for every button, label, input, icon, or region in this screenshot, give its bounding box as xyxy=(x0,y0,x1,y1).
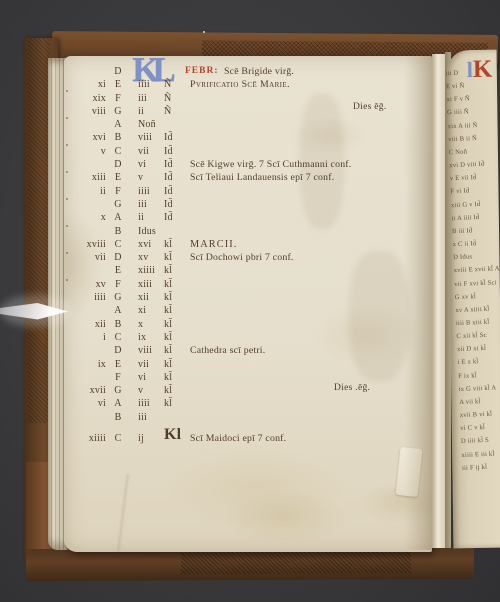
calends-marker: Id̄ xyxy=(164,212,190,223)
calends-marker: kl̄ xyxy=(164,252,190,263)
calendar-row: E xiiii kl̄ xyxy=(70,265,426,278)
leaf-fore-edge xyxy=(432,54,445,548)
calendar-row: xiiii C ij Kl Scī Maidoci epī 7 conf. xyxy=(70,428,426,441)
dominical-letter: C xyxy=(110,433,126,444)
day-count: xv xyxy=(138,252,164,263)
dominical-letter: F xyxy=(110,372,126,383)
calendar-row: ix E vii kl̄ xyxy=(70,359,426,372)
calends-marker: Id̄ xyxy=(164,199,190,210)
gutter-shadow xyxy=(404,56,432,550)
calends-marker: kl̄ xyxy=(164,359,190,370)
day-count: vi xyxy=(138,159,164,170)
day-count: ii xyxy=(138,212,164,223)
calendar-row: D vi Id̄ Scē Kigwe virḡ. 7 Scī Cuthmanni… xyxy=(70,159,426,172)
calendar-row: vi A iiii kl̄ xyxy=(70,398,426,411)
dominical-letter: G xyxy=(110,292,126,303)
calendar-row: ii F iiii Id̄ xyxy=(70,186,426,199)
feast-entry: Scī Maidoci epī 7 conf. xyxy=(190,433,426,444)
calends-marker: kl̄ xyxy=(164,265,190,276)
calends-marker: Ñ xyxy=(164,93,190,104)
calends-marker: Kl xyxy=(164,426,190,444)
dominical-letter: F xyxy=(110,186,126,197)
calendar-row: xvi B viii Id̄ xyxy=(70,132,426,145)
next-folio-kl-initial: lK xyxy=(467,56,493,84)
feast-entry: Cathedra scī petri. xyxy=(190,345,426,356)
dominical-letter: F xyxy=(110,279,126,290)
day-count: vii xyxy=(138,146,164,157)
day-count: vi xyxy=(138,372,164,383)
day-count: ii xyxy=(138,106,164,117)
calendar-row: B iii xyxy=(70,412,426,425)
golden-number: xviii xyxy=(70,239,108,250)
calendar-rows: D Scē Brigide virḡ. xi E iiii Ñ Pvrifica… xyxy=(70,66,426,441)
day-count: xvi xyxy=(138,239,164,250)
golden-number: xii xyxy=(70,319,108,330)
calendar-page-february: KL FEBR: D Scē Brigide virḡ. xi E iiii Ñ xyxy=(64,56,432,552)
golden-number: ii xyxy=(70,186,108,197)
calends-marker: kl̄ xyxy=(164,332,190,343)
calendar-row: xiii E v Id̄ Scī Teliaui Landauensis epī… xyxy=(70,172,426,185)
day-count: iii xyxy=(138,412,164,423)
parchment-crease xyxy=(117,474,128,552)
manuscript-photo: KL FEBR: D Scē Brigide virḡ. xi E iiii Ñ xyxy=(0,0,500,602)
calendar-row: D viii kl̄ Cathedra scī petri. xyxy=(70,345,426,358)
day-count: ij xyxy=(138,433,164,444)
dominical-letter: F xyxy=(110,93,126,104)
golden-number: xvii xyxy=(70,385,108,396)
calends-marker: Ñ xyxy=(164,106,190,117)
golden-number: xv xyxy=(70,279,108,290)
day-count: xi xyxy=(138,305,164,316)
feast-entry: Scī Dochowi pbri 7 conf. xyxy=(190,252,426,263)
day-count: iii xyxy=(138,199,164,210)
calends-marker: Id̄ xyxy=(164,146,190,157)
next-folio-text-line: iii F ij kl̄ xyxy=(462,459,500,475)
calends-marker: kl̄ xyxy=(164,305,190,316)
dominical-letter: A xyxy=(110,119,126,130)
calendar-row: xvii G v kl̄ xyxy=(70,385,426,398)
dominical-letter: B xyxy=(110,319,126,330)
golden-number: xvi xyxy=(70,132,108,143)
golden-number: xix xyxy=(70,93,108,104)
next-folio-text-line: xiiii E iii kl̄ xyxy=(461,446,500,462)
day-count: iiii xyxy=(138,186,164,197)
kl-initial-red-fragment: K xyxy=(473,56,493,83)
feast-entry: Pvrificatio Scē Marie. xyxy=(190,79,426,90)
dominical-letter: E xyxy=(110,79,126,90)
dominical-letter: C xyxy=(110,332,126,343)
golden-number: i xyxy=(70,332,108,343)
calendar-row: v C vii Id̄ xyxy=(70,146,426,159)
day-count: xiiii xyxy=(138,265,164,276)
dominical-letter: B xyxy=(110,412,126,423)
calends-marker: kl̄ xyxy=(164,319,190,330)
day-count: v xyxy=(138,385,164,396)
calendar-row: A xi kl̄ xyxy=(70,305,426,318)
margin-note-dies-egyptiaca: Dies .ēḡ. xyxy=(334,383,370,393)
dominical-letter: C xyxy=(110,146,126,157)
dominical-letter: G xyxy=(110,106,126,117)
golden-number: x xyxy=(70,212,108,223)
dominical-letter: G xyxy=(110,385,126,396)
dominical-letter: D xyxy=(110,66,126,77)
calendar-row: xi E iiii Ñ Pvrificatio Scē Marie. xyxy=(70,79,426,92)
calendar-row: G iii Id̄ xyxy=(70,199,426,212)
golden-number: iiii xyxy=(70,292,108,303)
dominical-letter: C xyxy=(110,239,126,250)
calendar-row: F vi kl̄ xyxy=(70,372,426,385)
day-count: iiii xyxy=(138,79,164,90)
dominical-letter: G xyxy=(110,199,126,210)
next-folio-text-line: ix G viii kl̄ A xyxy=(458,380,500,396)
dominical-letter: E xyxy=(110,172,126,183)
calends-marker: Id̄ xyxy=(164,132,190,143)
day-count: viii xyxy=(138,345,164,356)
calendar-row: i C ix kl̄ xyxy=(70,332,426,345)
day-count: Noñ xyxy=(138,119,164,130)
dominical-letter: D xyxy=(110,252,126,263)
calends-marker: Id̄ xyxy=(164,186,190,197)
margin-note-dies-egyptiaca: Dies ēḡ. xyxy=(353,102,387,112)
golden-number: xi xyxy=(70,79,108,90)
pricking-holes xyxy=(66,90,68,290)
calends-marker: Id̄ xyxy=(164,159,190,170)
day-count: Idus xyxy=(138,226,164,237)
dominical-letter: D xyxy=(110,345,126,356)
calends-marker: kl̄ xyxy=(164,292,190,303)
feast-entry: Scē Brigide virḡ. xyxy=(224,66,426,77)
day-count: xii xyxy=(138,292,164,303)
dominical-letter: D xyxy=(110,159,126,170)
calendar-row: D Scē Brigide virḡ. xyxy=(70,66,426,79)
calendar-row: iiii G xii kl̄ xyxy=(70,292,426,305)
day-count: v xyxy=(138,172,164,183)
golden-number: xiii xyxy=(70,172,108,183)
golden-number: ix xyxy=(70,359,108,370)
calendar-row: vii D xv kl̄ Scī Dochowi pbri 7 conf. xyxy=(70,252,426,265)
dominical-letter: B xyxy=(110,132,126,143)
dominical-letter: A xyxy=(110,398,126,409)
day-count: ix xyxy=(138,332,164,343)
calends-marker: kl̄ xyxy=(164,398,190,409)
golden-number: vi xyxy=(70,398,108,409)
next-folio-text-line: vii F xvi kl̄ Sci xyxy=(454,275,500,291)
golden-number: viii xyxy=(70,106,108,117)
feast-entry: Scē Kigwe virḡ. 7 Scī Cuthmanni conf. xyxy=(190,159,426,170)
calends-marker: kl̄ xyxy=(164,345,190,356)
golden-number: vii xyxy=(70,252,108,263)
calends-marker: kl̄ xyxy=(164,372,190,383)
dust-speck xyxy=(203,31,205,33)
feast-entry: Scī Teliaui Landauensis epī 7 conf. xyxy=(190,172,426,183)
next-folio-page-march: iii D E vi Ñ xi F v Ñ G iiii Ñ xix A iii… xyxy=(447,50,500,549)
dominical-letter: A xyxy=(110,305,126,316)
dominical-letter: B xyxy=(110,226,126,237)
day-count: x xyxy=(138,319,164,330)
calendar-row: xv F xiii kl̄ xyxy=(70,279,426,292)
calends-marker: Ñ xyxy=(164,79,190,90)
calends-marker: kl̄ xyxy=(164,239,190,250)
next-folio-text-line: xviii E xvii kl̄ Apl̄ xyxy=(453,262,500,278)
calends-marker: Id̄ xyxy=(164,172,190,183)
day-count: iiii xyxy=(138,398,164,409)
day-count: vii xyxy=(138,359,164,370)
calendar-row: xii B x kl̄ xyxy=(70,319,426,332)
dominical-letter: E xyxy=(110,359,126,370)
calendar-row: x A ii Id̄ xyxy=(70,212,426,225)
day-count: iii xyxy=(138,93,164,104)
golden-number: xiiii xyxy=(70,433,108,444)
next-folio-lines: iii D E vi Ñ xi F v Ñ G iiii Ñ xix A iii… xyxy=(445,65,500,537)
dominical-letter: E xyxy=(110,265,126,276)
calendar-row: B Idus xyxy=(70,226,426,239)
calends-marker: kl̄ xyxy=(164,385,190,396)
calends-marker: kl̄ xyxy=(164,279,190,290)
calendar-row: xviii C xvi kl̄ MARCII. xyxy=(70,239,426,252)
feast-entry: MARCII. xyxy=(190,239,426,250)
calendar-row: A Noñ xyxy=(70,119,426,132)
dominical-letter: A xyxy=(110,212,126,223)
golden-number: v xyxy=(70,146,108,157)
day-count: viii xyxy=(138,132,164,143)
day-count: xiii xyxy=(138,279,164,290)
